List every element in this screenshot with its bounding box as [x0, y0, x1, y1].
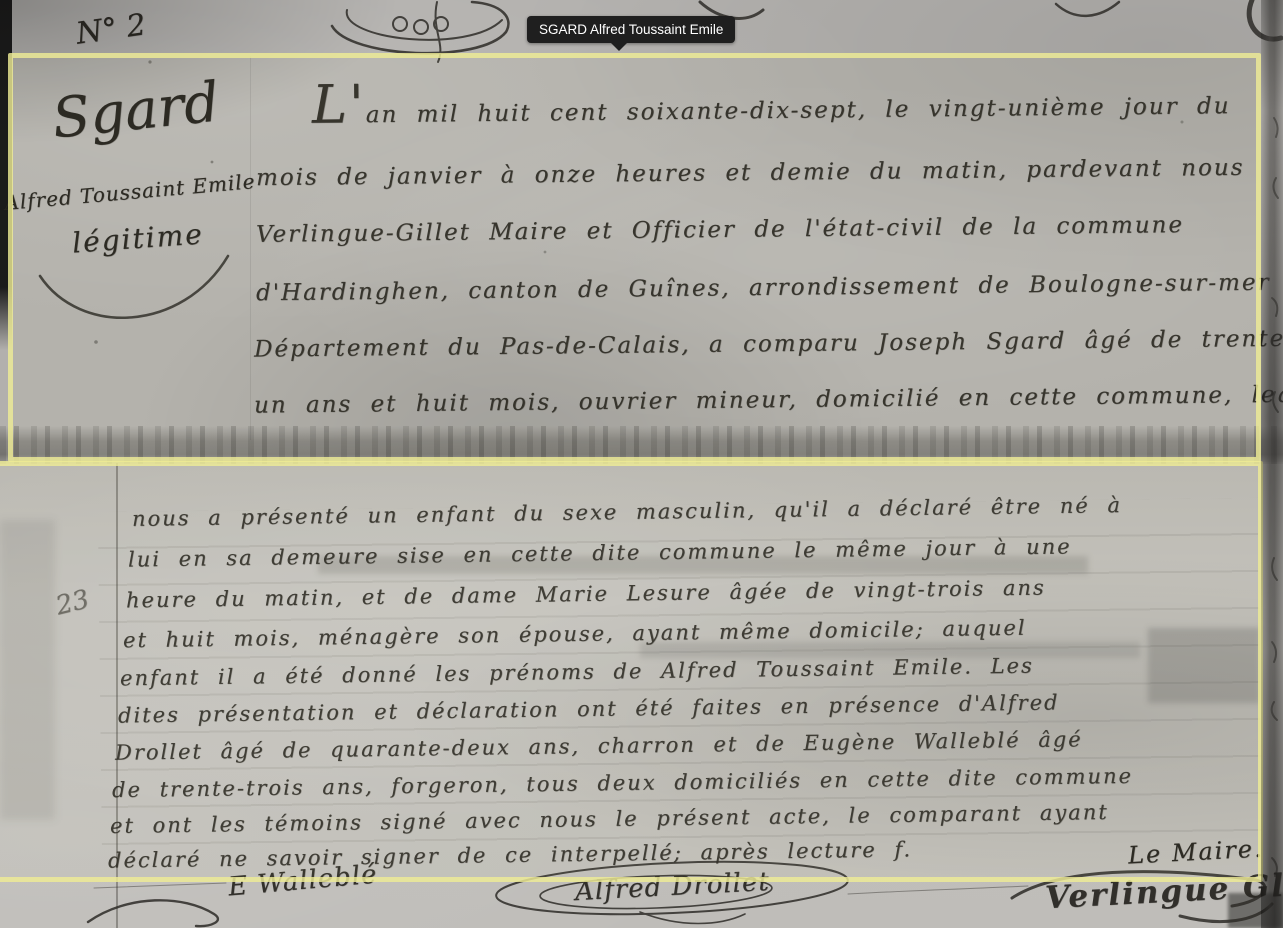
register-scan-viewer: N° 2 Sgard Alfred Toussaint Emile légiti…	[0, 0, 1283, 928]
page-gutter-shadow	[1261, 0, 1283, 928]
record-highlight-page2[interactable]	[0, 461, 1263, 882]
record-highlight-page1[interactable]	[8, 53, 1261, 462]
tooltip-arrow-icon	[611, 43, 627, 51]
record-tooltip: SGARD Alfred Toussaint Emile	[527, 16, 735, 43]
